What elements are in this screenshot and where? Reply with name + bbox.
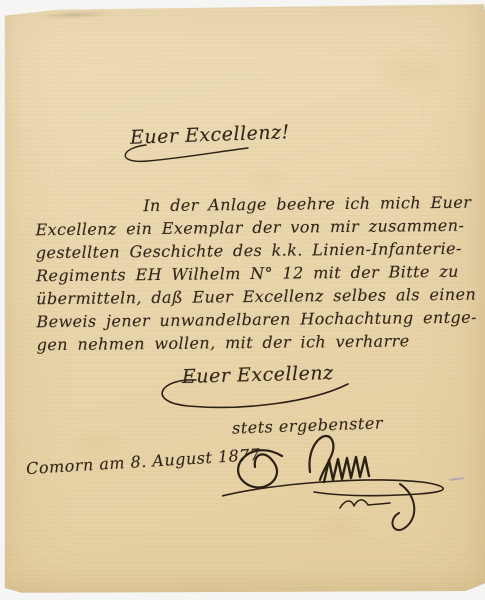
paper-smudge xyxy=(38,10,112,21)
signature-flourish xyxy=(222,426,462,536)
letter-paper: Euer Excellenz! In der Anlage beehre ich… xyxy=(0,0,485,600)
salutation-flourish-stroke xyxy=(116,140,266,168)
scanned-letter: Euer Excellenz! In der Anlage beehre ich… xyxy=(0,0,485,600)
closing-flourish-stroke xyxy=(152,376,362,412)
letter-body: In der Anlage beehre ich mich Euer Excel… xyxy=(35,191,465,356)
body-line: gen nehmen wollen, mit der ich verharre xyxy=(37,329,465,356)
